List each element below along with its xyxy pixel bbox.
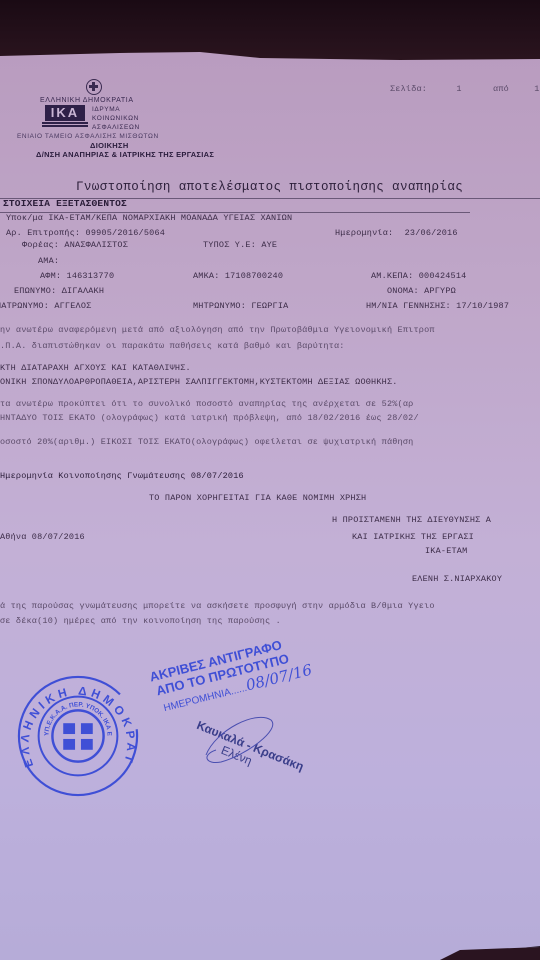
section-heading: ΣΤΟΙΧΕΙΑ ΕΞΕΤΑΣΘΕΝΤΟΣ	[3, 198, 127, 209]
appeal-line-2: σε δέκα(10) ημέρες από την κοινοποίηση τ…	[0, 616, 281, 626]
signatory-title-2: ΚΑΙ ΙΑΤΡΙΚΗΣ ΤΗΣ ΕΡΓΑΣΙ	[352, 532, 474, 542]
signatory-title-1: Η ΠΡΟΙΣΤΑΜΕΝΗ ΤΗΣ ΔΙΕΥΘΥΝΣΗΣ Α	[332, 515, 491, 525]
am-kepa-label: ΑΜ.ΚΕΠΑ:	[371, 271, 413, 281]
committee-no-value: 09905/2016/5064	[86, 228, 166, 238]
am-kepa-value: 000424514	[419, 271, 467, 281]
field-afm: ΑΦΜ: 146313770	[40, 271, 114, 281]
coat-of-arms-icon	[63, 723, 93, 750]
page-current: 1	[456, 84, 461, 94]
institution-line: ΙΔΡΥΜΑ	[92, 105, 140, 114]
field-father: ΠΑΤΡΩΝΥΜΟ: ΑΓΓΕΛΟΣ	[0, 301, 91, 311]
unit-line: Υποκ/μα ΙΚΑ-ΕΤΑΜ/ΚΕΠΑ ΝΟΜΑΡΧΙΑΚΗ ΜΟΑΝΑΔΑ…	[6, 213, 292, 223]
page-counter: Σελίδα: 1 από 1	[390, 84, 540, 94]
field-ama: ΑΜΑ:	[38, 256, 59, 266]
page-of: από	[493, 84, 509, 94]
father-label: ΠΑΤΡΩΝΥΜΟ:	[0, 301, 49, 311]
logo-underline	[42, 122, 88, 124]
committee-date: Ημερομηνία: 23/06/2016	[335, 228, 458, 238]
amka-label: ΑΜΚΑ:	[193, 271, 220, 281]
ama-label: ΑΜΑ:	[38, 256, 59, 266]
date-value: 23/06/2016	[405, 228, 458, 238]
field-type: ΤΥΠΟΣ Υ.Ε: ΑΥΕ	[203, 240, 277, 250]
father-value: ΑΓΓΕΛΟΣ	[54, 301, 91, 311]
field-name: ΟΝΟΜΑ: ΑΡΓΥΡΩ	[387, 286, 456, 296]
type-label: ΤΥΠΟΣ Υ.Ε:	[203, 240, 256, 250]
logo-underline-2	[42, 125, 88, 127]
result-line-2: ΗΝΤΑΔΥΟ ΤΟΙΣ ΕΚΑΤΟ (ολογράφως) κατά ιατρ…	[0, 413, 419, 423]
psychiatric-line: οσοστό 20%(αριθμ.) ΕΙΚΟΣΙ ΤΟΙΣ ΕΚΑΤΟ(ολο…	[0, 437, 413, 447]
administration-label: ΔΙΟΙΚΗΣΗ	[90, 141, 129, 150]
committee-number: Αρ. Επιτροπής: 09905/2016/5064	[6, 228, 165, 238]
svg-text:ΕΛΛΗΝΙΚΗ ΔΗΜΟΚΡΑΤΙΑ: ΕΛΛΗΝΙΚΗ ΔΗΜΟΚΡΑΤΙΑ	[14, 672, 138, 769]
dob-label: ΗΜ/ΝΙΑ ΓΕΝΝΗΣΗΣ:	[366, 301, 451, 311]
field-dob: ΗΜ/ΝΙΑ ΓΕΝΝΗΣΗΣ: 17/10/1987	[366, 301, 509, 311]
institution-line: ΑΣΦΑΛΙΣΕΩΝ	[92, 123, 140, 132]
appeal-line-1: ά της παρούσας γνωμάτευσης μπορείτε να α…	[0, 601, 435, 611]
republic-label: ΕΛΛΗΝΙΚΗ ΔΗΜΟΚΡΑΤΙΑ	[40, 97, 134, 104]
committee-no-label: Αρ. Επιτροπής:	[6, 228, 80, 238]
legal-use-statement: ΤΟ ΠΑΡΟΝ ΧΟΡΗΓΕΙΤΑΙ ΓΙΑ ΚΑΘΕ ΝΟΜΙΜΗ ΧΡΗΣ…	[149, 493, 366, 503]
surname-label: ΕΠΩΝΥΜΟ:	[14, 286, 56, 296]
fund-name: ΕΝΙΑΙΟ ΤΑΜΕΙΟ ΑΣΦΑΛΙΣΗΣ ΜΙΣΘΩΤΩΝ	[17, 133, 159, 140]
department-label: Δ/ΝΣΗ ΑΝΑΠΗΡΙΑΣ & ΙΑΤΡΙΚΗΣ ΤΗΣ ΕΡΓΑΣΙΑΣ	[36, 150, 214, 159]
surname-value: ΔΙΓΑΛΑΚΗ	[62, 286, 104, 296]
condition-2: ΟΝΙΚΗ ΣΠΟΝΔΥΛΟΑΡΘΡΟΠΑΘΕΙΑ,ΑΡΙΣΤΕΡΗ ΣΑΛΠΙ…	[0, 377, 398, 387]
type-value: ΑΥΕ	[261, 240, 277, 250]
institution-line: ΚΟΙΝΩΝΙΚΩΝ	[92, 114, 140, 123]
greek-emblem-icon	[86, 79, 102, 95]
official-seal-stamp: ΕΛΛΗΝΙΚΗ ΔΗΜΟΚΡΑΤΙΑ ΥΠ.Ε.Κ.Α.Α. ΠΕΡ. ΥΠΟ…	[14, 672, 142, 800]
field-mother: ΜΗΤΡΩΝΥΜΟ: ΓΕΩΡΓΙΑ	[193, 301, 288, 311]
name-label: ΟΝΟΜΑ:	[387, 286, 419, 296]
result-line-1: τα ανωτέρω προκύπτει ότι το συνολικό ποσ…	[0, 399, 413, 409]
name-value: ΑΡΓΥΡΩ	[424, 286, 456, 296]
background-corner	[440, 946, 540, 960]
afm-value: 146313770	[67, 271, 115, 281]
field-am-kepa: ΑΜ.ΚΕΠΑ: 000424514	[371, 271, 466, 281]
mother-label: ΜΗΤΡΩΝΥΜΟ:	[193, 301, 246, 311]
institution-name: ΙΔΡΥΜΑ ΚΟΙΝΩΝΙΚΩΝ ΑΣΦΑΛΙΣΕΩΝ	[92, 105, 140, 132]
condition-1: ΚΤΗ ΔΙΑΤΑΡΑΧΗ ΑΓΧΟΥΣ ΚΑΙ ΚΑΤΑΘΛΙΨΗΣ.	[0, 363, 191, 373]
place-date: Αθήνα 08/07/2016	[0, 532, 85, 542]
document-title: Γνωστοποίηση αποτελέσματος πιστοποίησης …	[76, 180, 463, 194]
carrier-value: ΑΝΑΣΦΑΛΙΣΤΟΣ	[64, 240, 128, 250]
field-surname: ΕΠΩΝΥΜΟ: ΔΙΓΑΛΑΚΗ	[14, 286, 104, 296]
dob-value: 17/10/1987	[456, 301, 509, 311]
notification-date: Ημερομηνία Κοινοποίησης Γνωμάτευσης 08/0…	[0, 471, 244, 481]
field-amka: ΑΜΚΑ: 17108700240	[193, 271, 283, 281]
date-label: Ημερομηνία:	[335, 228, 393, 238]
signatory-name: ΕΛΕΝΗ Σ.ΝΙΑΡΧΑΚΟΥ	[412, 574, 502, 584]
afm-label: ΑΦΜ:	[40, 271, 61, 281]
intro-line-1: ην ανωτέρω αναφερόμενη μετά από αξιολόγη…	[0, 325, 435, 335]
field-carrier: Φορέας: ΑΝΑΣΦΑΛΙΣΤΟΣ	[22, 240, 128, 250]
ika-logo: ΙΚΑ	[45, 105, 85, 121]
carrier-label: Φορέας:	[22, 240, 59, 250]
amka-value: 17108700240	[225, 271, 283, 281]
signatory-org: ΙΚΑ-ΕΤΑΜ	[425, 546, 467, 556]
signature-scribble	[196, 710, 286, 770]
intro-line-2: .Π.Α. διαπιστώθηκαν οι παρακάτω παθήσεις…	[0, 341, 345, 351]
page-total: 1	[534, 84, 539, 94]
mother-value: ΓΕΩΡΓΙΑ	[251, 301, 288, 311]
page-label: Σελίδα:	[390, 84, 427, 94]
